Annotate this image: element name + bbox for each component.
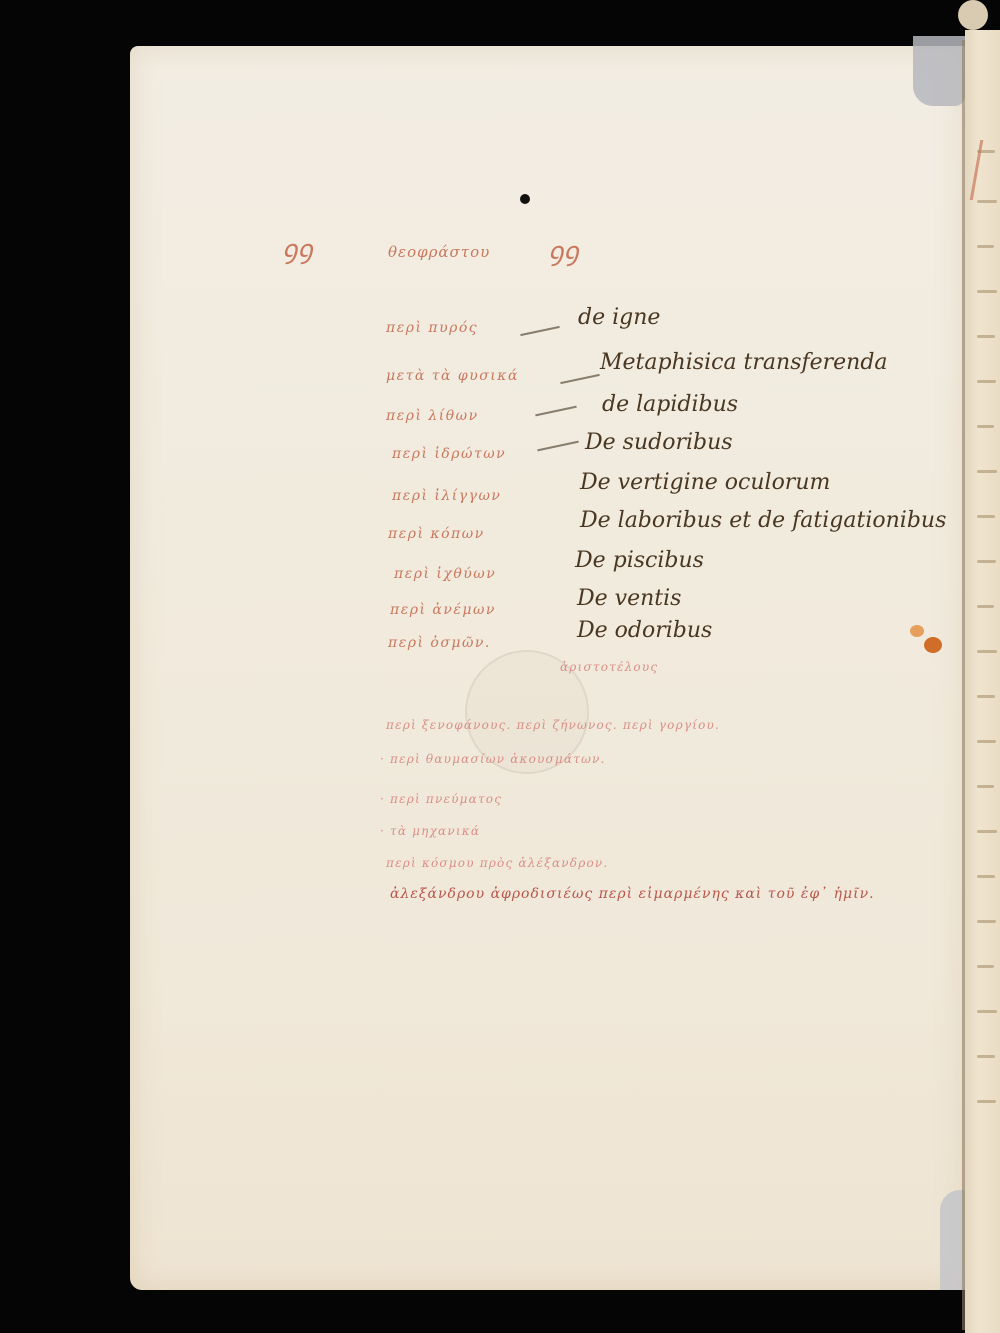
facing-page-text-line bbox=[977, 200, 997, 203]
latin-title: De sudoribus bbox=[585, 430, 733, 455]
aristotle-work: · περὶ πνεύματος bbox=[380, 792, 502, 806]
spine-gutter bbox=[962, 40, 965, 1330]
facing-page-text-line bbox=[977, 965, 994, 968]
latin-title: De vertigine oculorum bbox=[580, 470, 830, 495]
facing-page-text-line bbox=[977, 1055, 995, 1058]
ornament-left: ꝯꝯ bbox=[282, 230, 313, 266]
greek-title: περὶ ὀσμῶν. bbox=[388, 635, 491, 651]
facing-page-text-line bbox=[977, 515, 995, 518]
latin-title: De odoribus bbox=[577, 618, 712, 643]
wax-stain bbox=[924, 637, 942, 653]
greek-title: περὶ ἰχθύων bbox=[394, 566, 496, 582]
greek-title: περὶ λίθων bbox=[386, 408, 479, 424]
facing-page-text-line bbox=[977, 560, 996, 563]
facing-page-text-line bbox=[977, 920, 996, 923]
latin-title: De laboribus et de fatigationibus bbox=[580, 508, 946, 533]
repair-patch-top bbox=[913, 36, 965, 106]
aristotle-work: · περὶ θαυμασίων ἀκουσμάτων. bbox=[380, 752, 606, 766]
facing-page-text-line bbox=[977, 830, 997, 833]
aristotle-work: περὶ ξενοφάνους. περὶ ζήνωνος. περὶ γοργ… bbox=[386, 718, 720, 732]
greek-title: περὶ κόπων bbox=[388, 526, 485, 542]
facing-page-text-line bbox=[977, 740, 996, 743]
greek-title: περὶ ἀνέμων bbox=[390, 602, 496, 618]
greek-title: περὶ ἰλίγγων bbox=[392, 488, 501, 504]
aristotle-work: · τὰ μηχανικά bbox=[380, 824, 480, 838]
facing-page-red-initial bbox=[970, 140, 984, 200]
facing-page-text-line bbox=[977, 650, 997, 653]
facing-page-text-line bbox=[977, 695, 995, 698]
facing-page-text-line bbox=[977, 1100, 996, 1103]
wax-stain bbox=[910, 625, 924, 637]
heading-title: θεοφράστου bbox=[388, 243, 490, 261]
greek-title: μετὰ τὰ φυσικά bbox=[386, 368, 519, 384]
latin-title: de lapidibus bbox=[602, 392, 738, 417]
facing-page-text-line bbox=[977, 470, 997, 473]
greek-title: περὶ ἱδρώτων bbox=[392, 446, 506, 462]
facing-page-text-line bbox=[977, 290, 997, 293]
facing-page-text-line bbox=[977, 380, 996, 383]
ink-blot bbox=[520, 194, 530, 204]
ornament-right: ꝯꝯ bbox=[548, 232, 579, 268]
facing-page-edge bbox=[965, 30, 1000, 1333]
facing-page-text-line bbox=[977, 150, 995, 153]
greek-title: περὶ πυρός bbox=[386, 320, 478, 336]
alexander-work: ἀλεξάνδρου ἀφροδισιέως περὶ εἱμαρμένης κ… bbox=[390, 886, 875, 902]
latin-title: De piscibus bbox=[575, 548, 704, 573]
latin-title: Metaphisica transferenda bbox=[600, 350, 888, 375]
facing-page-text-line bbox=[977, 1010, 997, 1013]
facing-page-text-line bbox=[977, 425, 994, 428]
aristotle-work: περὶ κόσμου πρὸς ἀλέξανδρον. bbox=[386, 856, 608, 870]
binding-thread bbox=[958, 0, 988, 30]
facing-page-text-line bbox=[977, 335, 995, 338]
aristotle-heading: ἀριστοτέλους bbox=[560, 660, 658, 674]
facing-page-text-line bbox=[977, 245, 994, 248]
facing-page-text-line bbox=[977, 875, 995, 878]
latin-title: De ventis bbox=[577, 586, 681, 611]
facing-page-text-line bbox=[977, 785, 994, 788]
facing-page-text-line bbox=[977, 605, 994, 608]
latin-title: de igne bbox=[578, 305, 660, 330]
